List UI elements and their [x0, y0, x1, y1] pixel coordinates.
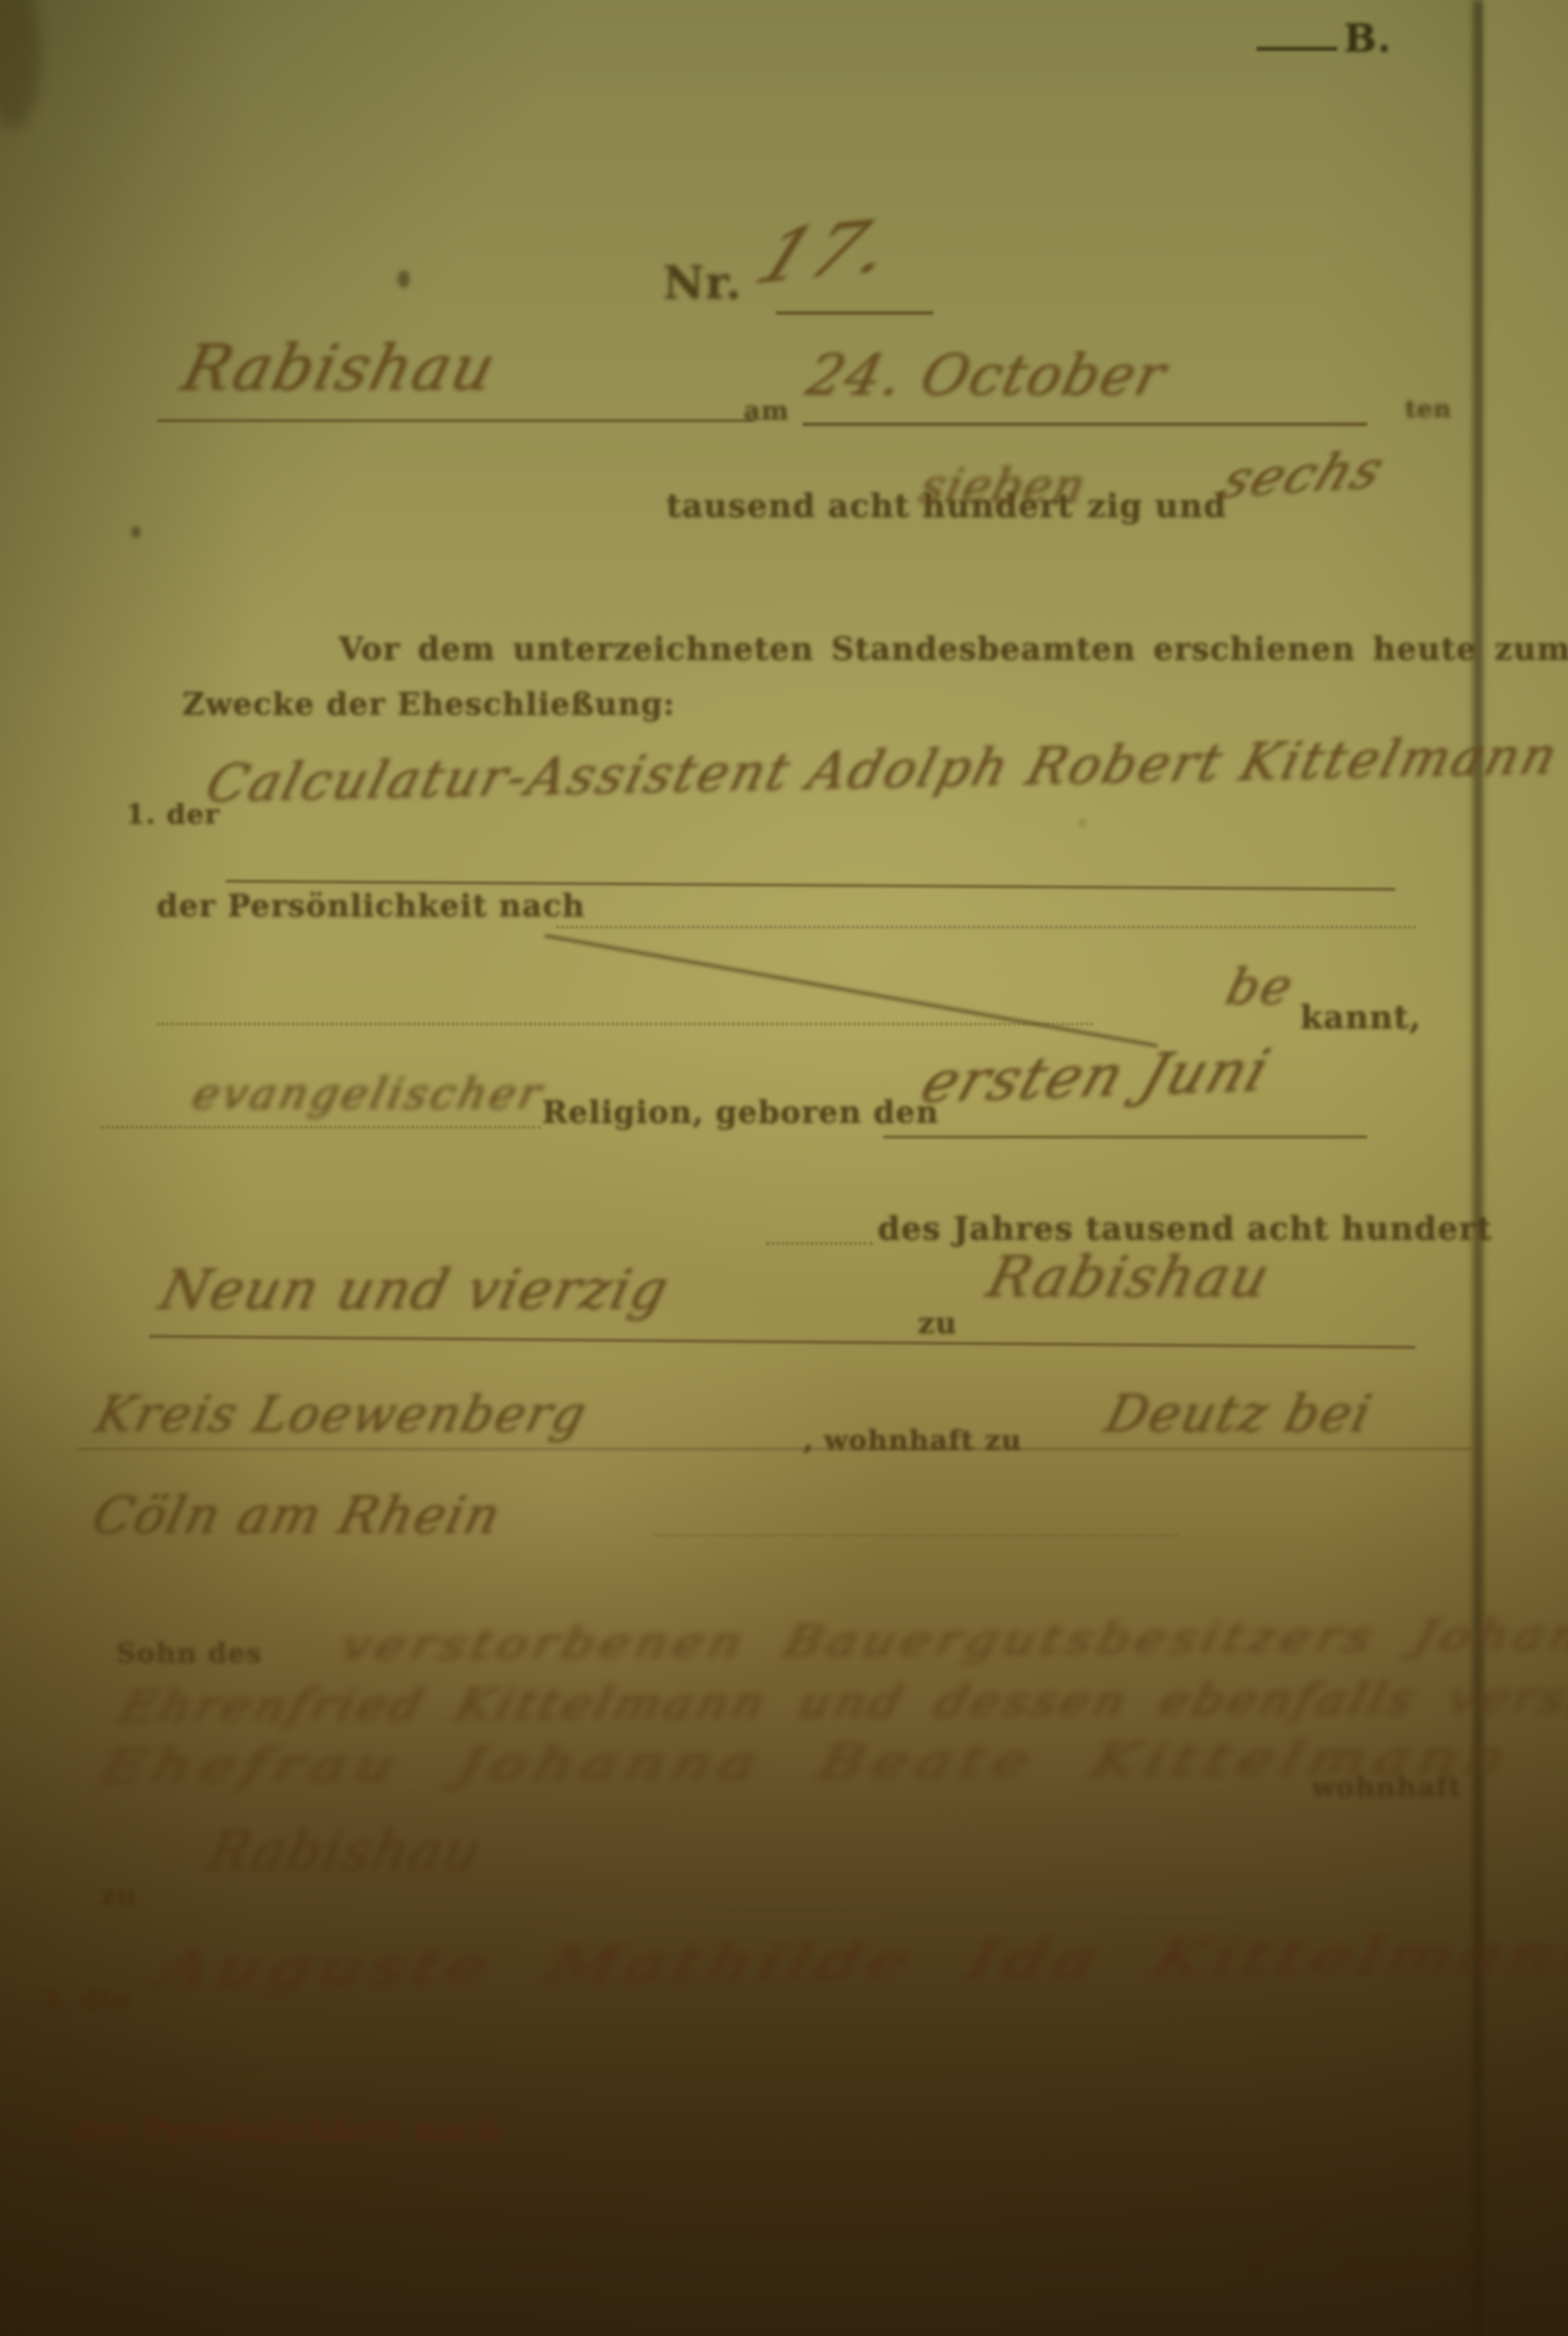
- birthdate-entry: ersten Juni: [913, 1037, 1279, 1116]
- identity2-blank-line: [387, 2155, 1452, 2158]
- bottom-stroke: [1249, 2208, 1337, 2271]
- bride-name-underline: [177, 2065, 1178, 2067]
- ten-suffix: ten: [1405, 395, 1452, 423]
- year-printed-mid: zig und: [1087, 487, 1227, 525]
- residence-entry2: Cöln am Rhein: [86, 1486, 507, 1546]
- parents-residence-entry: Rabishau: [200, 1820, 488, 1883]
- parents-entry-line1: verstorbenen Bauergutsbesitzers Johann: [335, 1608, 1568, 1671]
- place-entry: Rabishau: [175, 332, 503, 405]
- corner-smudge: [0, 0, 40, 129]
- zu-label2: zu: [100, 1879, 137, 1912]
- record-number-value: 17.: [743, 202, 908, 300]
- paper-speck: [398, 270, 410, 288]
- date-entry: 24. October: [800, 342, 1174, 408]
- identity-blank-line: [557, 926, 1416, 928]
- parents-entry-line2: Ehrenfried Kittelmann und dessen ebenfal…: [113, 1671, 1568, 1732]
- paper-speck: [131, 526, 140, 538]
- bottom-known-fragment: be kannt: [1334, 2250, 1515, 2292]
- year-entry: sechs: [1212, 440, 1393, 510]
- intro-line2: Zwecke der Eheschließung:: [182, 686, 675, 722]
- place-underline: [157, 419, 754, 422]
- religion-printed: Religion, geboren den: [542, 1094, 939, 1130]
- year-blank-line: [766, 1242, 873, 1245]
- intro-line1: Vor dem unterzeichneten Standesbeamten e…: [339, 631, 1568, 668]
- date-underline: [803, 423, 1367, 426]
- record-number-label: Nr.: [663, 257, 742, 310]
- birthdate-underline: [883, 1136, 1367, 1138]
- parents-residence-line: [492, 1904, 1452, 1926]
- am-label: am: [744, 395, 790, 426]
- parents-entry-line3: Ehefrau Johanna Beate Kittelmann: [93, 1729, 1520, 1794]
- religion-entry: evangelischer: [187, 1068, 549, 1119]
- religion-blank-line: [101, 1126, 540, 1128]
- registry-document-photo: B. Nr. 17. Rabishau am 24. October ten t…: [0, 0, 1568, 2336]
- known-prefix-entry: be: [1220, 957, 1300, 1016]
- paper-speck: [1078, 818, 1086, 828]
- residence-blank-line: [653, 1534, 1178, 1537]
- district-entry: Kreis Loewenberg: [90, 1384, 594, 1443]
- birthplace-underline: [149, 1335, 1416, 1349]
- corner-dash: [1257, 47, 1337, 51]
- identity-blank-line2: [157, 1023, 1093, 1025]
- son-of-label: Sohn des: [116, 1637, 262, 1670]
- record-number-underline: [776, 311, 933, 315]
- identity-label2: der Persönlichkeit nach: [73, 2112, 502, 2148]
- zu-label: zu: [918, 1307, 957, 1341]
- known-printed: kannt,: [1300, 999, 1421, 1037]
- birthyear-printed: des Jahres tausend acht hundert: [878, 1210, 1492, 1248]
- birthyear-entry: Neun und vierzig: [153, 1258, 675, 1322]
- bride-name-entry: Auguste Mathilde Ida Kittelmann: [152, 1925, 1568, 1998]
- identity-label: der Persönlichkeit nach: [156, 887, 586, 924]
- birthplace-entry: Rabishau: [981, 1244, 1278, 1310]
- page-letter: B.: [1344, 16, 1391, 61]
- bride-item-label: 2. die: [40, 1984, 131, 2017]
- residence-label: , wohnhaft zu: [803, 1425, 1022, 1457]
- wohnhaft-label: wohnhaft: [1312, 1771, 1462, 1804]
- groom-name-entry: Calculatur-Assistent Adolph Robert Kitte…: [199, 727, 1565, 815]
- residence-underline: [77, 1448, 1472, 1450]
- crossed-out-stroke: [544, 934, 1158, 1048]
- residence-entry: Deutz bei: [1099, 1384, 1378, 1444]
- next-page-strip: [1483, 0, 1568, 2336]
- year-decade-entry: sieben: [915, 458, 1092, 513]
- page-edge-line: [1473, 0, 1483, 2336]
